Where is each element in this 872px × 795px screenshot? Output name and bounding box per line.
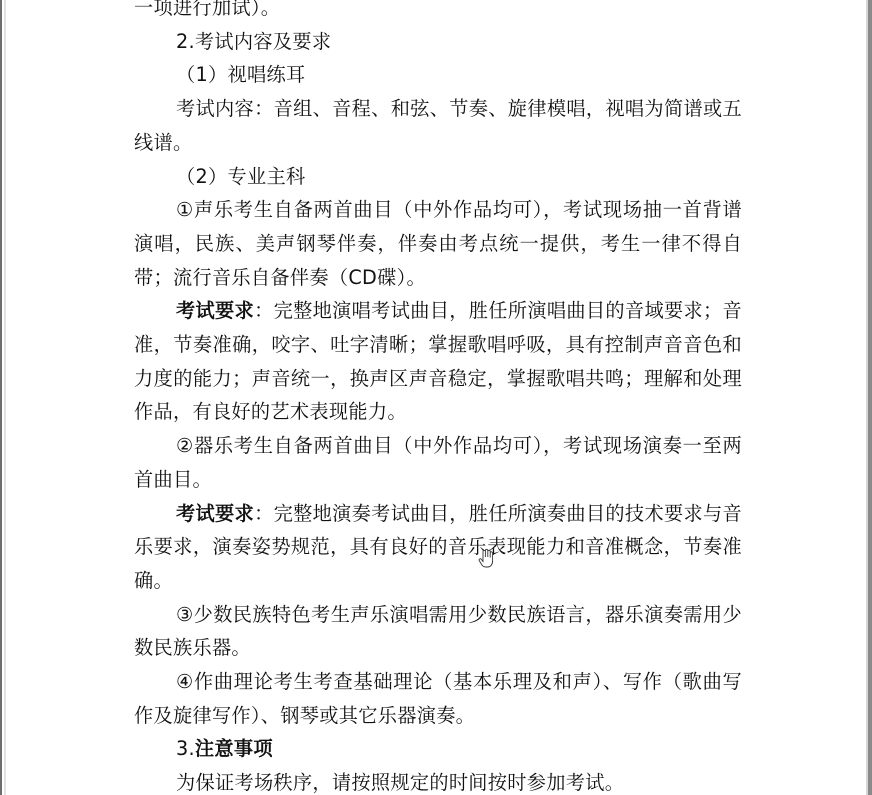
- heading-exam-content: 2.考试内容及要求: [134, 25, 742, 59]
- heading-notes: 3.注意事项: [134, 732, 742, 766]
- heading-number: 3.: [176, 737, 195, 760]
- paragraph-composition-candidates: ④作曲理论考生考查基础理论（基本乐理及和声）、写作（歌曲写作及旋律写作）、钢琴或…: [134, 665, 742, 732]
- paragraph-vocal-candidates: ①声乐考生自备两首曲目（中外作品均可），考试现场抽一首背谱演唱，民族、美声钢琴伴…: [134, 193, 742, 294]
- hand-pointer-icon: [478, 549, 494, 569]
- requirements-label: 考试要求: [176, 299, 254, 322]
- paragraph-instrumental-requirements: 考试要求：完整地演奏考试曲目，胜任所演奏曲目的技术要求与音乐要求，演奏姿势规范，…: [134, 497, 742, 598]
- subheading-major-subject: （2）专业主科: [134, 160, 742, 194]
- requirements-label: 考试要求: [176, 502, 254, 525]
- paragraph-instrumental-candidates: ②器乐考生自备两首曲目（中外作品均可），考试现场演奏一至两首曲目。: [134, 429, 742, 496]
- document-page: 一项进行加试）。 2.考试内容及要求 （1）视唱练耳 考试内容：音组、音程、和弦…: [0, 0, 872, 795]
- paragraph-sight-singing-content: 考试内容：音组、音程、和弦、节奏、旋律模唱，视唱为简谱或五线谱。: [134, 92, 742, 159]
- paragraph-exam-continuation: 一项进行加试）。: [134, 0, 742, 25]
- heading-text: 注意事项: [195, 737, 273, 760]
- paragraph-ethnic-candidates: ③少数民族特色考生声乐演唱需用少数民族语言，器乐演奏需用少数民族乐器。: [134, 598, 742, 665]
- paragraph-notes-content: 为保证考场秩序，请按照规定的时间按时参加考试。: [134, 766, 742, 795]
- paragraph-vocal-requirements: 考试要求：完整地演唱考试曲目，胜任所演唱曲目的音域要求；音准，节奏准确，咬字、吐…: [134, 294, 742, 429]
- document-body: 一项进行加试）。 2.考试内容及要求 （1）视唱练耳 考试内容：音组、音程、和弦…: [134, 0, 742, 795]
- subheading-sight-singing: （1）视唱练耳: [134, 58, 742, 92]
